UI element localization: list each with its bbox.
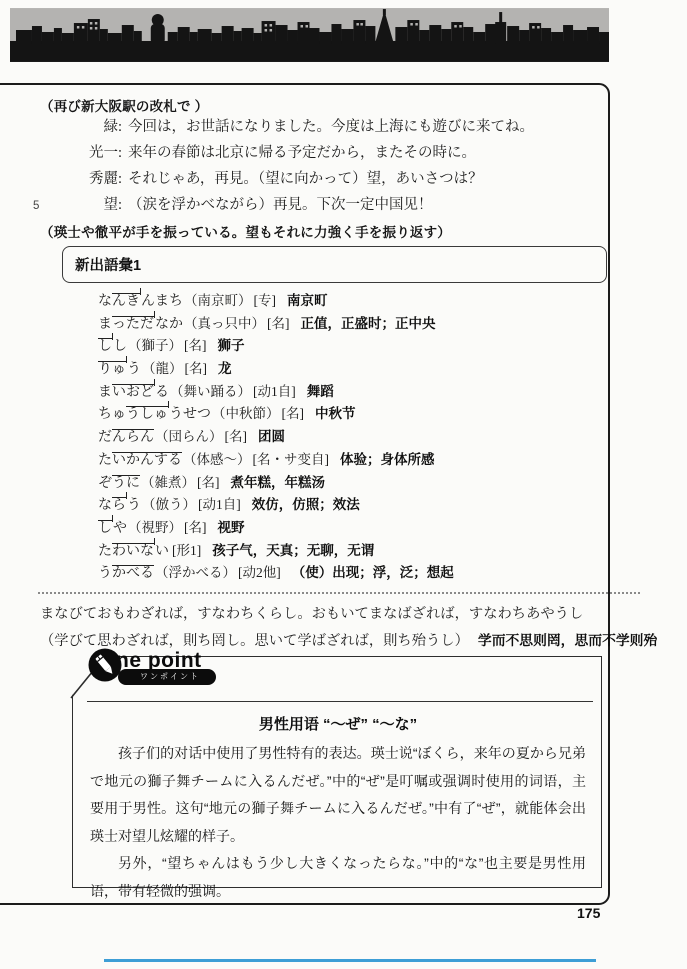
kana-accent-high: んき [112, 293, 141, 309]
kana-accent-high: かべる [112, 565, 154, 581]
kana-accent-high: んらん [112, 429, 154, 445]
kana-accent-high: いおど [112, 384, 155, 400]
stage-direction-close: （瑛士や徹平が手を振っている。望もそれに力強く手を振り返す） [40, 221, 451, 241]
pos-tag: [名] [184, 520, 207, 535]
page-number: 175 [577, 905, 600, 921]
vocab-entry: ぞうに（雑煮）[名]煮年糕，年糕汤 [98, 471, 454, 494]
kana-accent-high: し [98, 338, 113, 354]
vocab-entry: まっただなか（真っ只中）[名]正值，正盛时；正中央 [98, 312, 454, 335]
meaning: 龙 [218, 361, 232, 376]
textbook-page: （再び新大阪駅の改札で ） 緑:今回は，お世話になりました。今度は上海にも遊びに… [0, 0, 687, 969]
kana: ちゅ [98, 407, 126, 422]
kana: なか [155, 317, 183, 332]
vocab-entry: だんらん（団らん）[名]团圆 [98, 425, 454, 448]
stage-direction-open: （再び新大阪駅の改札で ） [40, 95, 208, 115]
meaning: 效仿，仿照；效法 [252, 497, 360, 512]
speaker-name: 秀麗: [40, 166, 122, 192]
vocab-entry: たわいない[形1]孩子气，天真；无聊，无谓 [98, 539, 454, 562]
vocab-entry: ならう（倣う）[动1自]效仿，仿照；效法 [98, 493, 454, 516]
kana-accent-high: っただ [112, 316, 155, 332]
dialogue-block: 緑:今回は，お世話になりました。今度は上海にも遊びに来てね。 光一:来年の春節は… [40, 114, 534, 218]
pos-tag: [名] [267, 316, 290, 331]
kana-accent-high: うしゅ [126, 406, 169, 422]
city-skyline-silhouette [10, 8, 609, 62]
pos-tag: [名] [184, 338, 207, 353]
pos-tag: [动1自] [253, 384, 296, 399]
kana: だ [98, 430, 112, 445]
dialogue-text: 今回は，お世話になりました。今度は上海にも遊びに来てね。 [128, 119, 534, 135]
kana: んまち [141, 294, 183, 309]
one-point-paragraph: 另外，“望ちゃんはもう少し大きくなったらな。”中的“な”也主要是男性用语，带有轻… [90, 850, 586, 905]
vocab-entry: まいおどる（舞い踊る）[动1自]舞蹈 [98, 380, 454, 403]
dialogue-line: 緑:今回は，お世話になりました。今度は上海にも遊びに来てね。 [40, 114, 534, 140]
meaning: 狮子 [218, 338, 245, 353]
one-point-logo: ne point ワンポイント [87, 647, 202, 683]
one-point-paragraph: 孩子们的对话中使用了男性特有的表达。瑛士说“ぼくら，来年の夏から兄弟で地元の獅子… [90, 740, 586, 850]
kana: な [98, 294, 112, 309]
meaning: 孩子气，天真；无聊，无谓 [212, 543, 374, 558]
pos-tag: [动2他] [238, 565, 281, 580]
kanji-form: （獅子） [128, 338, 182, 353]
one-point-wordmark: ne point ワンポイント [116, 649, 202, 673]
vocab-list: なんきんまち（南京町）[专]南京町 まっただなか（真っ只中）[名]正值，正盛时；… [98, 289, 454, 584]
kana: し [113, 339, 127, 354]
kana: ぞ [98, 476, 112, 491]
kanji-form: （団らん） [155, 429, 223, 444]
kanji-form: （視野） [128, 520, 182, 535]
speaker-name: 望: [40, 192, 122, 218]
kanji-form: （真っ只中） [184, 316, 265, 331]
one-point-content: 男性用语 “～ぜ” “～な” 孩子们的对话中使用了男性特有的表达。瑛士说“ぼくら… [90, 709, 586, 905]
meaning: 舞蹈 [307, 384, 334, 399]
one-point-box: ne point ワンポイント 男性用语 “～ぜ” “～な” 孩子们的对话中使用… [72, 656, 602, 888]
meaning: 中秋节 [315, 406, 356, 421]
proverb-chinese: 学而不思则罔，思而不学则殆 [478, 633, 657, 648]
pos-tag: [名] [197, 475, 220, 490]
vocab-entry: うかべる（浮かべる）[动2他]（使）出现；浮，泛；想起 [98, 561, 454, 584]
meaning: 南京町 [287, 293, 328, 308]
kana-accent-high: ら [112, 497, 127, 513]
vocab-entry: りゅう（龍）[名]龙 [98, 357, 454, 380]
pos-tag: [名] [225, 429, 248, 444]
kanji-form: （雑煮） [141, 475, 195, 490]
kana: う [127, 498, 141, 513]
dialogue-text: 来年の春節は北京に帰る予定だから，またその時に。 [128, 145, 476, 161]
kana: ま [98, 385, 112, 400]
kanji-form: （南京町） [184, 293, 252, 308]
pos-tag: [名・サ变自] [253, 452, 330, 467]
dialogue-line: 光一:来年の春節は北京に帰る予定だから，またその時に。 [40, 140, 534, 166]
pos-tag: [动1自] [198, 497, 241, 512]
kana-accent-high: うに [112, 475, 140, 491]
kana: う [127, 362, 141, 377]
meaning: （使）出现；浮，泛；想起 [292, 565, 454, 580]
kana: な [98, 498, 112, 513]
pos-tag: [形1] [172, 543, 201, 558]
proverb-kana: まなびておもわざれば，すなわちくらし。おもいてまなばざれば，すなわちあやうし [40, 602, 657, 628]
kanji-form: （体感～） [183, 452, 251, 467]
kana-accent-high: わいな [112, 543, 155, 559]
vocab-section-title: 新出語彙1 [75, 254, 141, 275]
one-point-title: 男性用语 “～ぜ” “～な” [90, 713, 586, 734]
pos-tag: [名] [282, 406, 305, 421]
kana-accent-high: いかんする [112, 452, 182, 468]
pos-tag: [专] [254, 293, 277, 308]
kana-accent-high: りゅ [98, 361, 127, 377]
kana: うせつ [169, 407, 211, 422]
bottom-blue-rule [104, 959, 596, 962]
dialogue-text: （涙を浮かべながら）再見。下次一定中国见！ [128, 197, 433, 213]
kana: う [98, 566, 112, 581]
kana: た [98, 544, 112, 559]
kana: た [98, 453, 112, 468]
one-point-divider [87, 701, 593, 702]
vocab-entry: しや（視野）[名]视野 [98, 516, 454, 539]
vocab-entry: しし（獅子）[名]狮子 [98, 334, 454, 357]
kanji-form: （浮かべる） [155, 565, 236, 580]
speaker-name: 光一: [40, 140, 122, 166]
meaning: 视野 [218, 520, 245, 535]
kana-accent-high: し [98, 520, 113, 536]
vocab-entry: ちゅうしゅうせつ（中秋節）[名]中秋节 [98, 402, 454, 425]
vocab-section-header: 新出語彙1 [62, 246, 607, 283]
dotted-divider [38, 592, 640, 594]
dialogue-text: それじゃあ，再見。（望に向かって）望，あいさつは？ [128, 171, 483, 187]
meaning: 正值，正盛时；正中央 [301, 316, 436, 331]
kana: ま [98, 317, 112, 332]
pos-tag: [名] [185, 361, 208, 376]
kana: や [113, 521, 127, 536]
dialogue-line: 秀麗:それじゃあ，再見。（望に向かって）望，あいさつは？ [40, 166, 534, 192]
one-point-subtext: ワンポイント [118, 669, 216, 685]
dialogue-line: 5 望:（涙を浮かべながら）再見。下次一定中国见！ [40, 192, 534, 218]
kana: る [155, 385, 169, 400]
meaning: 团圆 [258, 429, 285, 444]
vocab-entry: たいかんする（体感～）[名・サ变自]体验；身体所感 [98, 448, 454, 471]
vocab-entry: なんきんまち（南京町）[专]南京町 [98, 289, 454, 312]
meaning: 体验；身体所感 [340, 452, 435, 467]
kanji-form: （舞い踊る） [170, 384, 251, 399]
kana: い [155, 544, 169, 559]
kanji-form: （倣う） [142, 497, 196, 512]
line-number: 5 [33, 193, 39, 219]
kanji-form: （龍） [142, 361, 183, 376]
speaker-name: 緑: [40, 114, 122, 140]
meaning: 煮年糕，年糕汤 [231, 475, 326, 490]
kanji-form: （中秋節） [212, 406, 280, 421]
